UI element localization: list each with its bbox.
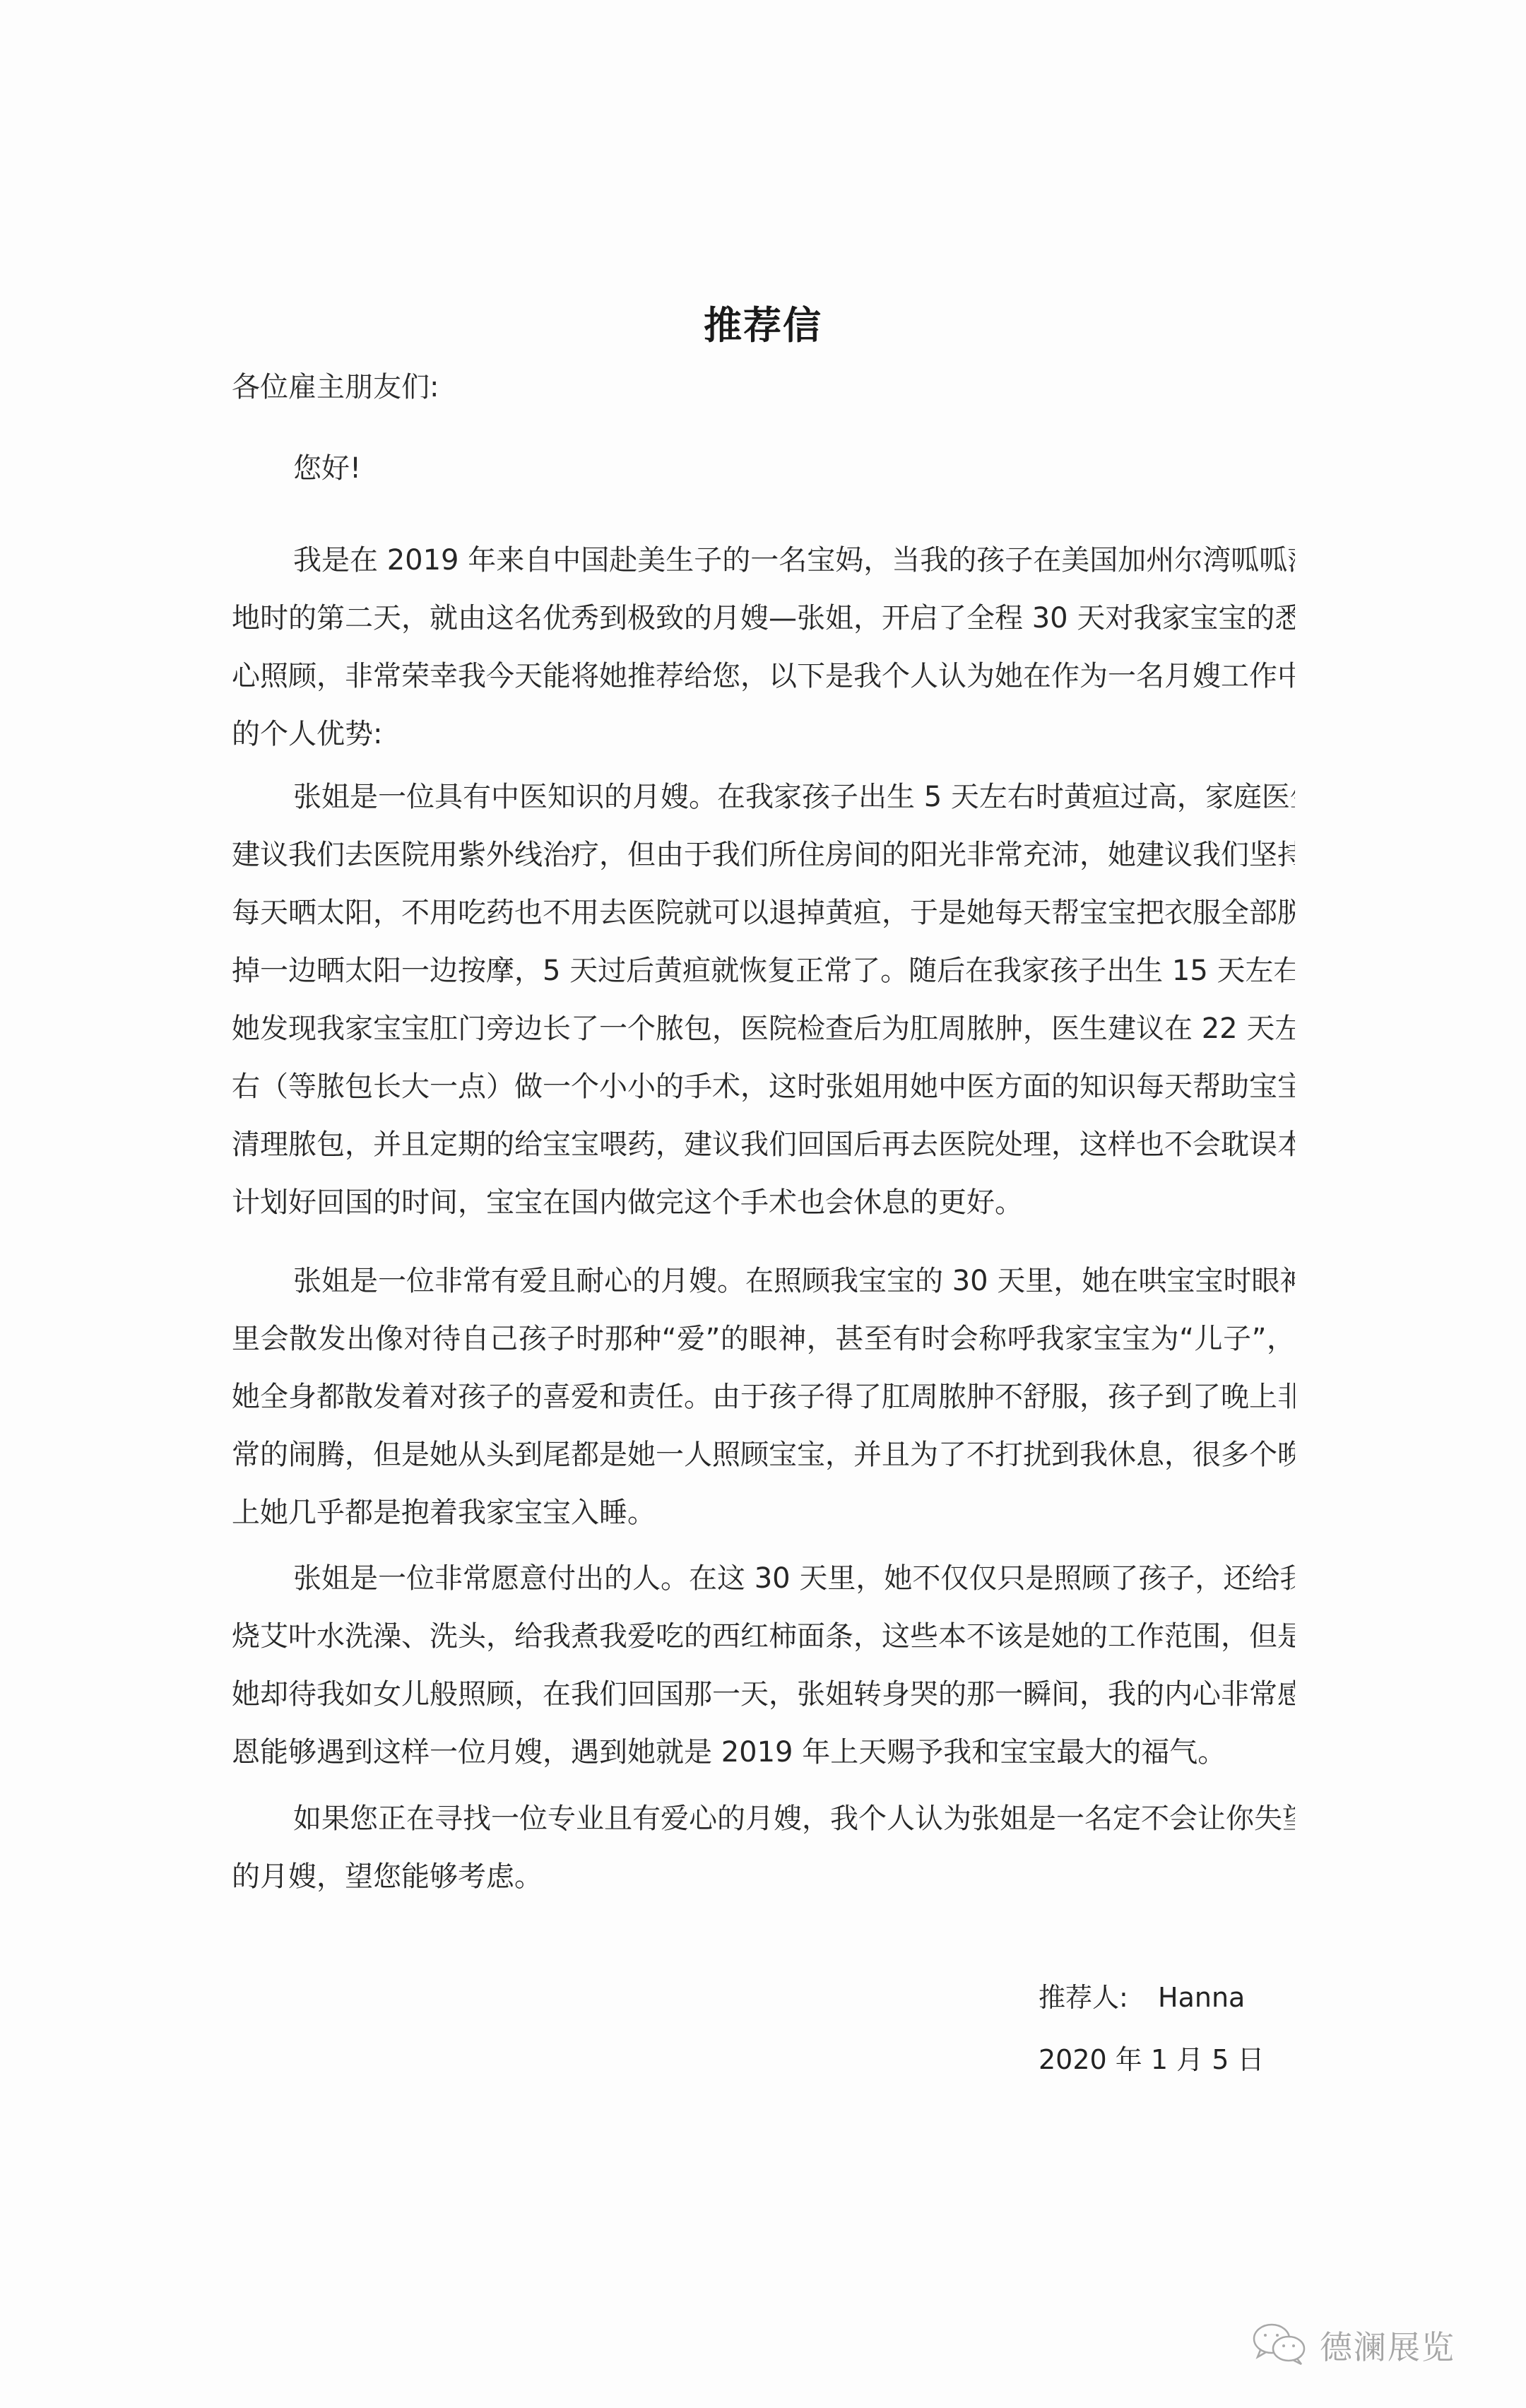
paragraph-line: 常的闹腾，但是她从头到尾都是她一人照顾宝宝，并且为了不打扰到我休息，很多个晚 <box>232 1436 1295 1494</box>
page-title: 推荐信 <box>0 302 1526 349</box>
paragraph-closing: 如果您正在寻找一位专业且有爱心的月嫂，我个人认为张姐是一名定不会让你失望 的月嫂… <box>232 1800 1295 1916</box>
paragraph-line: 她却待我如女儿般照顾，在我们回国那一天，张姐转身哭的那一瞬间，我的内心非常感 <box>232 1676 1295 1734</box>
paragraph-line: 张姐是一位非常有爱且耐心的月嫂。在照顾我宝宝的 30 天里，她在哄宝宝时眼神 <box>232 1263 1295 1321</box>
paragraph-line: 计划好回国的时间，宝宝在国内做完这个手术也会休息的更好。 <box>232 1184 1295 1242</box>
paragraph-loving-patient: 张姐是一位非常有爱且耐心的月嫂。在照顾我宝宝的 30 天里，她在哄宝宝时眼神 里… <box>232 1263 1295 1552</box>
paragraph-line: 她发现我家宝宝肛门旁边长了一个脓包，医院检查后为肛周脓肿，医生建议在 22 天左 <box>232 1010 1295 1068</box>
paragraph-line: 的个人优势: <box>232 716 1295 774</box>
recommender-row: 推荐人: Hanna <box>1039 1980 1264 2042</box>
paragraph-line: 我是在 2019 年来自中国赴美生子的一名宝妈，当我的孩子在美国加州尔湾呱呱落 <box>232 542 1295 600</box>
signature-block: 推荐人: Hanna 2020 年 1 月 5 日 <box>1039 1980 1264 2104</box>
watermark: 德澜展览 <box>1250 2322 1455 2368</box>
paragraph-dedication: 张姐是一位非常愿意付出的人。在这 30 天里，她不仅仅只是照顾了孩子，还给我 烧… <box>232 1560 1295 1792</box>
paragraph-line: 里会散发出像对待自己孩子时那种“爱”的眼神，甚至有时会称呼我家宝宝为“儿子”， <box>232 1321 1295 1379</box>
paragraph-line: 右（等脓包长大一点）做一个小小的手术，这时张姐用她中医方面的知识每天帮助宝宝 <box>232 1068 1295 1126</box>
watermark-text: 德澜展览 <box>1320 2322 1455 2368</box>
paragraph-intro: 我是在 2019 年来自中国赴美生子的一名宝妈，当我的孩子在美国加州尔湾呱呱落 … <box>232 542 1295 774</box>
paragraph-line: 掉一边晒太阳一边按摩，5 天过后黄疸就恢复正常了。随后在我家孩子出生 15 天左… <box>232 952 1295 1010</box>
recommender-name: Hanna <box>1158 1982 1245 2013</box>
paragraph-line: 她全身都散发着对孩子的喜爱和责任。由于孩子得了肛周脓肿不舒服，孩子到了晚上非 <box>232 1379 1295 1436</box>
paragraph-line: 如果您正在寻找一位专业且有爱心的月嫂，我个人认为张姐是一名定不会让你失望 <box>232 1800 1295 1858</box>
salutation: 各位雇主朋友们: <box>232 369 439 406</box>
paragraph-tcm-knowledge: 张姐是一位具有中医知识的月嫂。在我家孩子出生 5 天左右时黄疸过高，家庭医生 建… <box>232 779 1295 1242</box>
paragraph-line: 心照顾，非常荣幸我今天能将她推荐给您，以下是我个人认为她在作为一名月嫂工作中 <box>232 658 1295 716</box>
paragraph-line: 上她几乎都是抱着我家宝宝入睡。 <box>232 1494 1295 1552</box>
paragraph-line: 建议我们去医院用紫外线治疗，但由于我们所住房间的阳光非常充沛，她建议我们坚持 <box>232 837 1295 895</box>
paragraph-line: 的月嫂，望您能够考虑。 <box>232 1858 1295 1916</box>
letter-page: 推荐信 各位雇主朋友们: 您好! 我是在 2019 年来自中国赴美生子的一名宝妈… <box>0 0 1526 2408</box>
recommender-label: 推荐人: <box>1039 1982 1128 2013</box>
greeting: 您好! <box>293 450 361 487</box>
paragraph-line: 张姐是一位具有中医知识的月嫂。在我家孩子出生 5 天左右时黄疸过高，家庭医生 <box>232 779 1295 837</box>
wechat-icon <box>1250 2322 1310 2368</box>
paragraph-line: 每天晒太阳，不用吃药也不用去医院就可以退掉黄疸，于是她每天帮宝宝把衣服全部脱 <box>232 895 1295 952</box>
letter-date: 2020 年 1 月 5 日 <box>1039 2042 1264 2104</box>
paragraph-line: 张姐是一位非常愿意付出的人。在这 30 天里，她不仅仅只是照顾了孩子，还给我 <box>232 1560 1295 1618</box>
paragraph-line: 地时的第二天，就由这名优秀到极致的月嫂—张姐，开启了全程 30 天对我家宝宝的悉 <box>232 600 1295 658</box>
paragraph-line: 清理脓包，并且定期的给宝宝喂药，建议我们回国后再去医院处理，这样也不会耽误本 <box>232 1126 1295 1184</box>
paragraph-line: 恩能够遇到这样一位月嫂，遇到她就是 2019 年上天赐予我和宝宝最大的福气。 <box>232 1734 1295 1792</box>
paragraph-line: 烧艾叶水洗澡、洗头，给我煮我爱吃的西红柿面条，这些本不该是她的工作范围，但是 <box>232 1618 1295 1676</box>
